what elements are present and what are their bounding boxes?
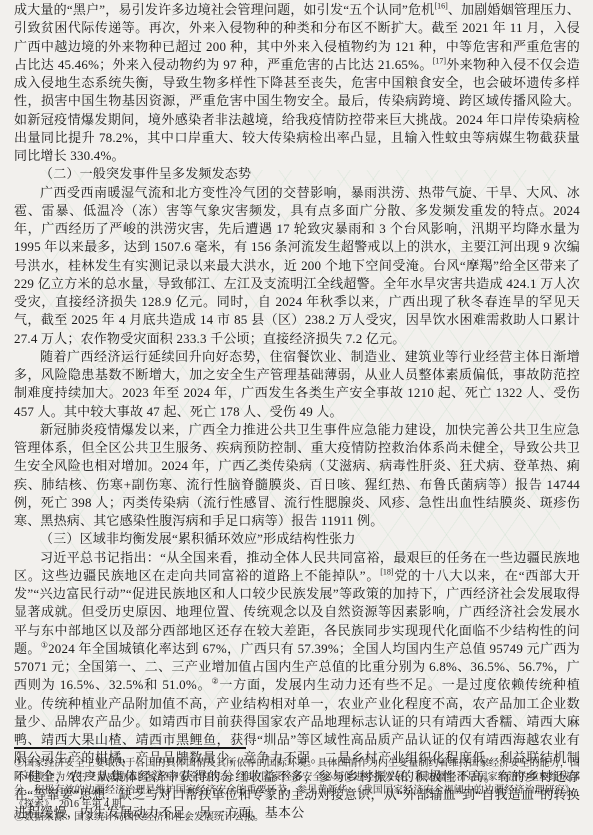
footnote-item: ②数据来源：国家统计局国民经济和社会发展统计公报。 (14, 811, 580, 825)
body-paragraph: 新冠肺炎疫情爆发以来，广西全力推进公共卫生事件应急能力建设，加快完善公共卫生应急… (14, 421, 580, 531)
footnote-separator (14, 747, 246, 749)
footnote-marker: [16] (434, 2, 447, 11)
section-heading: （三）区域非均衡发展“累积循环效应”形成结构性张力 (14, 530, 580, 548)
body-paragraph: 随着广西经济运行延续回升向好态势，住宿餐饮业、制造业、建筑业等行业经营主体日渐增… (14, 348, 580, 421)
document-page: 成大量的“黑户”，易引发许多边境社会管理问题，如引发“五个认同”危机[16]、加… (0, 0, 593, 835)
section-heading: （二）一般突发事件呈多发频发态势 (14, 165, 580, 183)
footnote-marker: ① (41, 640, 48, 649)
body-paragraph: 广西受西南暖湿气流和北方变性冷气团的交替影响，暴雨洪涝、热带气旋、干旱、大风、冰… (14, 184, 580, 348)
document-body: 成大量的“黑户”，易引发许多边境社会管理问题，如引发“五个认同”危机[16]、加… (14, 1, 580, 822)
footnotes: ①国家经济安全主要取决于各国的具体国情及其所依存的国际环境。具体国情作为内生变量… (14, 757, 580, 825)
footnote-marker: [17] (433, 56, 446, 65)
footnote-marker: [18] (380, 567, 393, 576)
body-paragraph: 成大量的“黑户”，易引发许多边境社会管理问题，如引发“五个认同”危机[16]、加… (14, 1, 580, 165)
footnote-item: ①国家经济安全主要取决于各国的具体国情及其所依存的国际环境。具体国情作为内生变量… (14, 757, 580, 811)
